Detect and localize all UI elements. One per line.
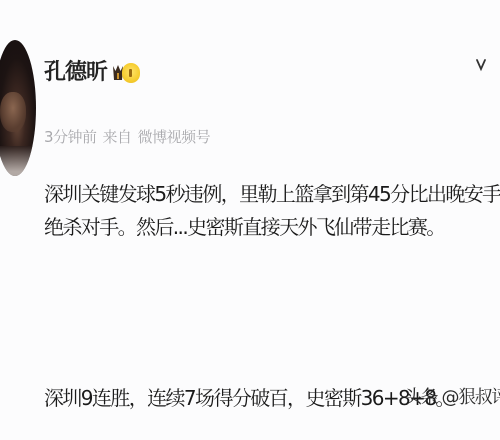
stat-caption: 深圳9连胜，连续7场得分破百，史密斯36+8+8。 [44, 383, 454, 413]
post-source-prefix: 来自 [103, 128, 132, 146]
avatar-face [0, 92, 26, 132]
post-body: 深圳关键发球5秒违例，里勒上篮拿到第45分比出晚安手势，北控几乎要连续两场 绝杀… [44, 178, 500, 244]
post-meta: 3分钟前 来自 微博视频号 [44, 128, 210, 146]
vip-badge[interactable] [113, 62, 140, 84]
post-body-line: 深圳关键发球5秒违例，里勒上篮拿到第45分比出晚安手势，北控几乎要连续两场 [44, 178, 500, 211]
author-avatar[interactable] [0, 40, 36, 176]
post-source[interactable]: 微博视频号 [138, 128, 211, 146]
post-body-line: 绝杀对手。然后...史密斯直接天外飞仙带走比赛。 [44, 211, 500, 244]
chevron-down-icon[interactable] [474, 56, 488, 72]
author-header: 孔德昕 [44, 60, 140, 86]
avatar-shoulder [0, 146, 36, 176]
watermark: 头条 @狠叔评论 [404, 383, 500, 413]
author-name[interactable]: 孔德昕 [44, 60, 107, 86]
vip-coin-icon [122, 63, 140, 83]
post-time: 3分钟前 [44, 128, 97, 146]
